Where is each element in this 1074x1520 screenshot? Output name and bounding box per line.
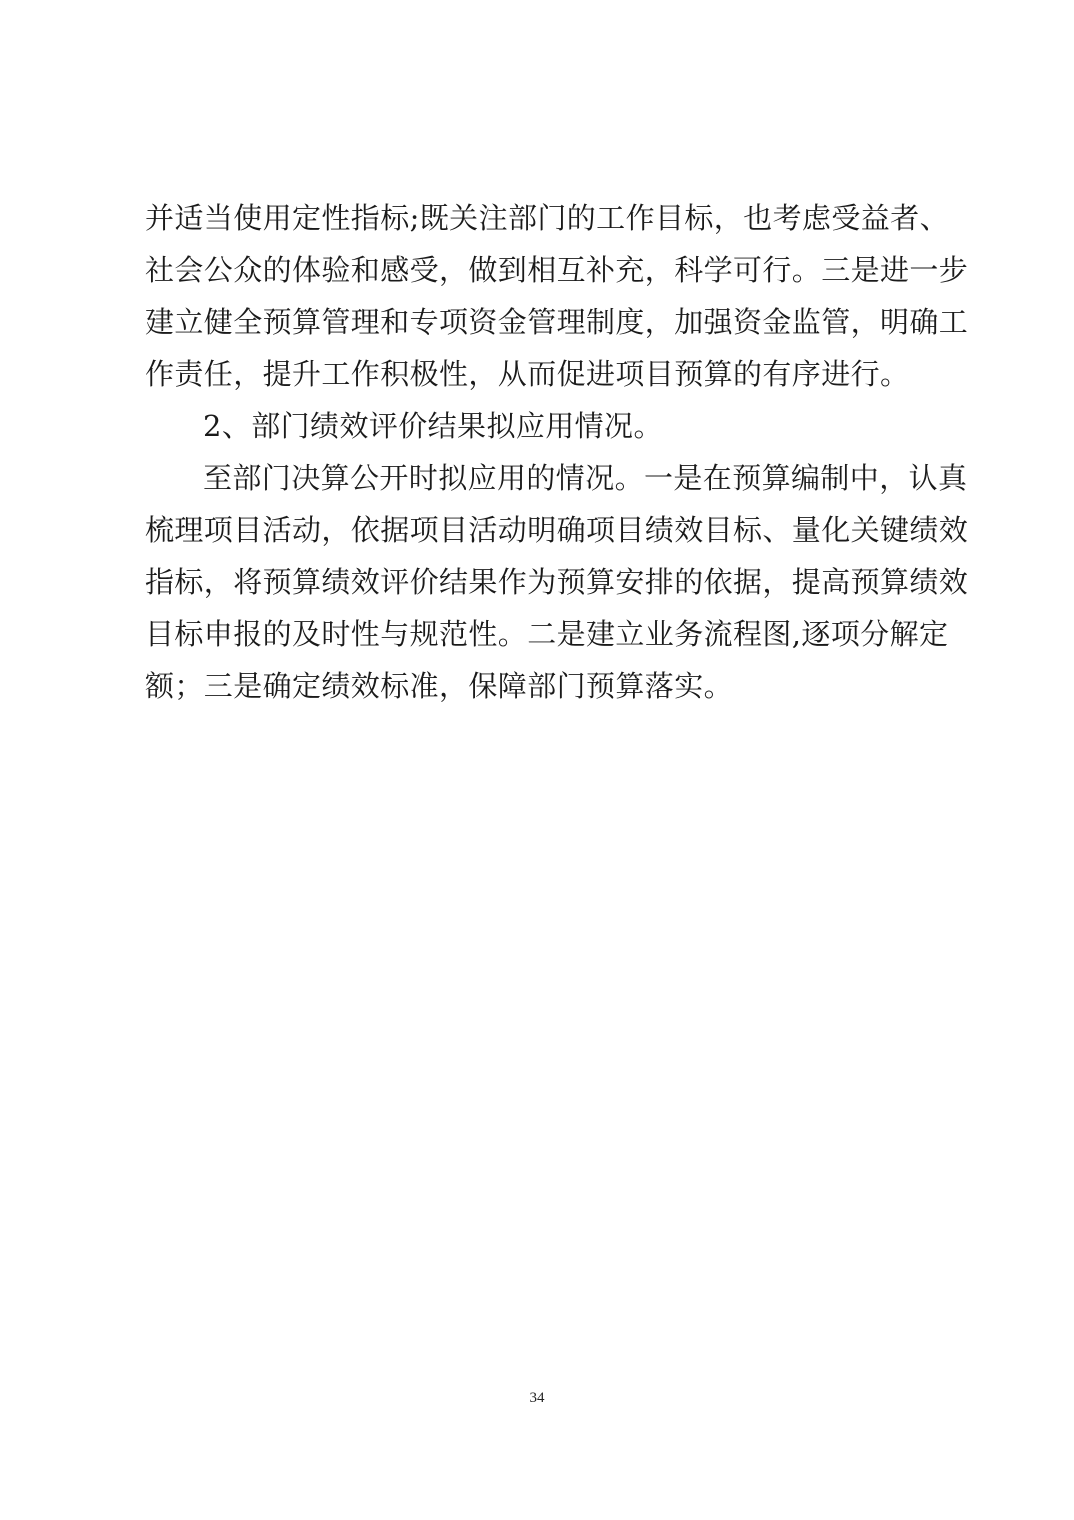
paragraph-line-2: 社会公众的体验和感受，做到相互补充，科学可行。三是进一步: [145, 244, 945, 296]
document-page: 并适当使用定性指标;既关注部门的工作目标，也考虑受益者、 社会公众的体验和感受，…: [0, 0, 1074, 1520]
paragraph-line-1: 并适当使用定性指标;既关注部门的工作目标，也考虑受益者、: [145, 192, 945, 244]
paragraph-line-3: 建立健全预算管理和专项资金管理制度，加强资金监管，明确工: [145, 296, 945, 348]
paragraph-line-7: 梳理项目活动，依据项目活动明确项目绩效目标、量化关键绩效: [145, 504, 945, 556]
paragraph-line-4: 作责任，提升工作积极性，从而促进项目预算的有序进行。: [145, 348, 945, 400]
paragraph-line-8: 指标，将预算绩效评价结果作为预算安排的依据，提高预算绩效: [145, 556, 945, 608]
paragraph-line-9: 目标申报的及时性与规范性。二是建立业务流程图,逐项分解定: [145, 608, 945, 660]
page-number: 34: [0, 1390, 1074, 1407]
body-text: 并适当使用定性指标;既关注部门的工作目标，也考虑受益者、 社会公众的体验和感受，…: [145, 192, 945, 712]
paragraph-line-10: 额；三是确定绩效标准，保障部门预算落实。: [145, 660, 945, 712]
section-heading: 2、部门绩效评价结果拟应用情况。: [145, 400, 945, 452]
paragraph-line-6: 至部门决算公开时拟应用的情况。一是在预算编制中，认真: [145, 452, 945, 504]
